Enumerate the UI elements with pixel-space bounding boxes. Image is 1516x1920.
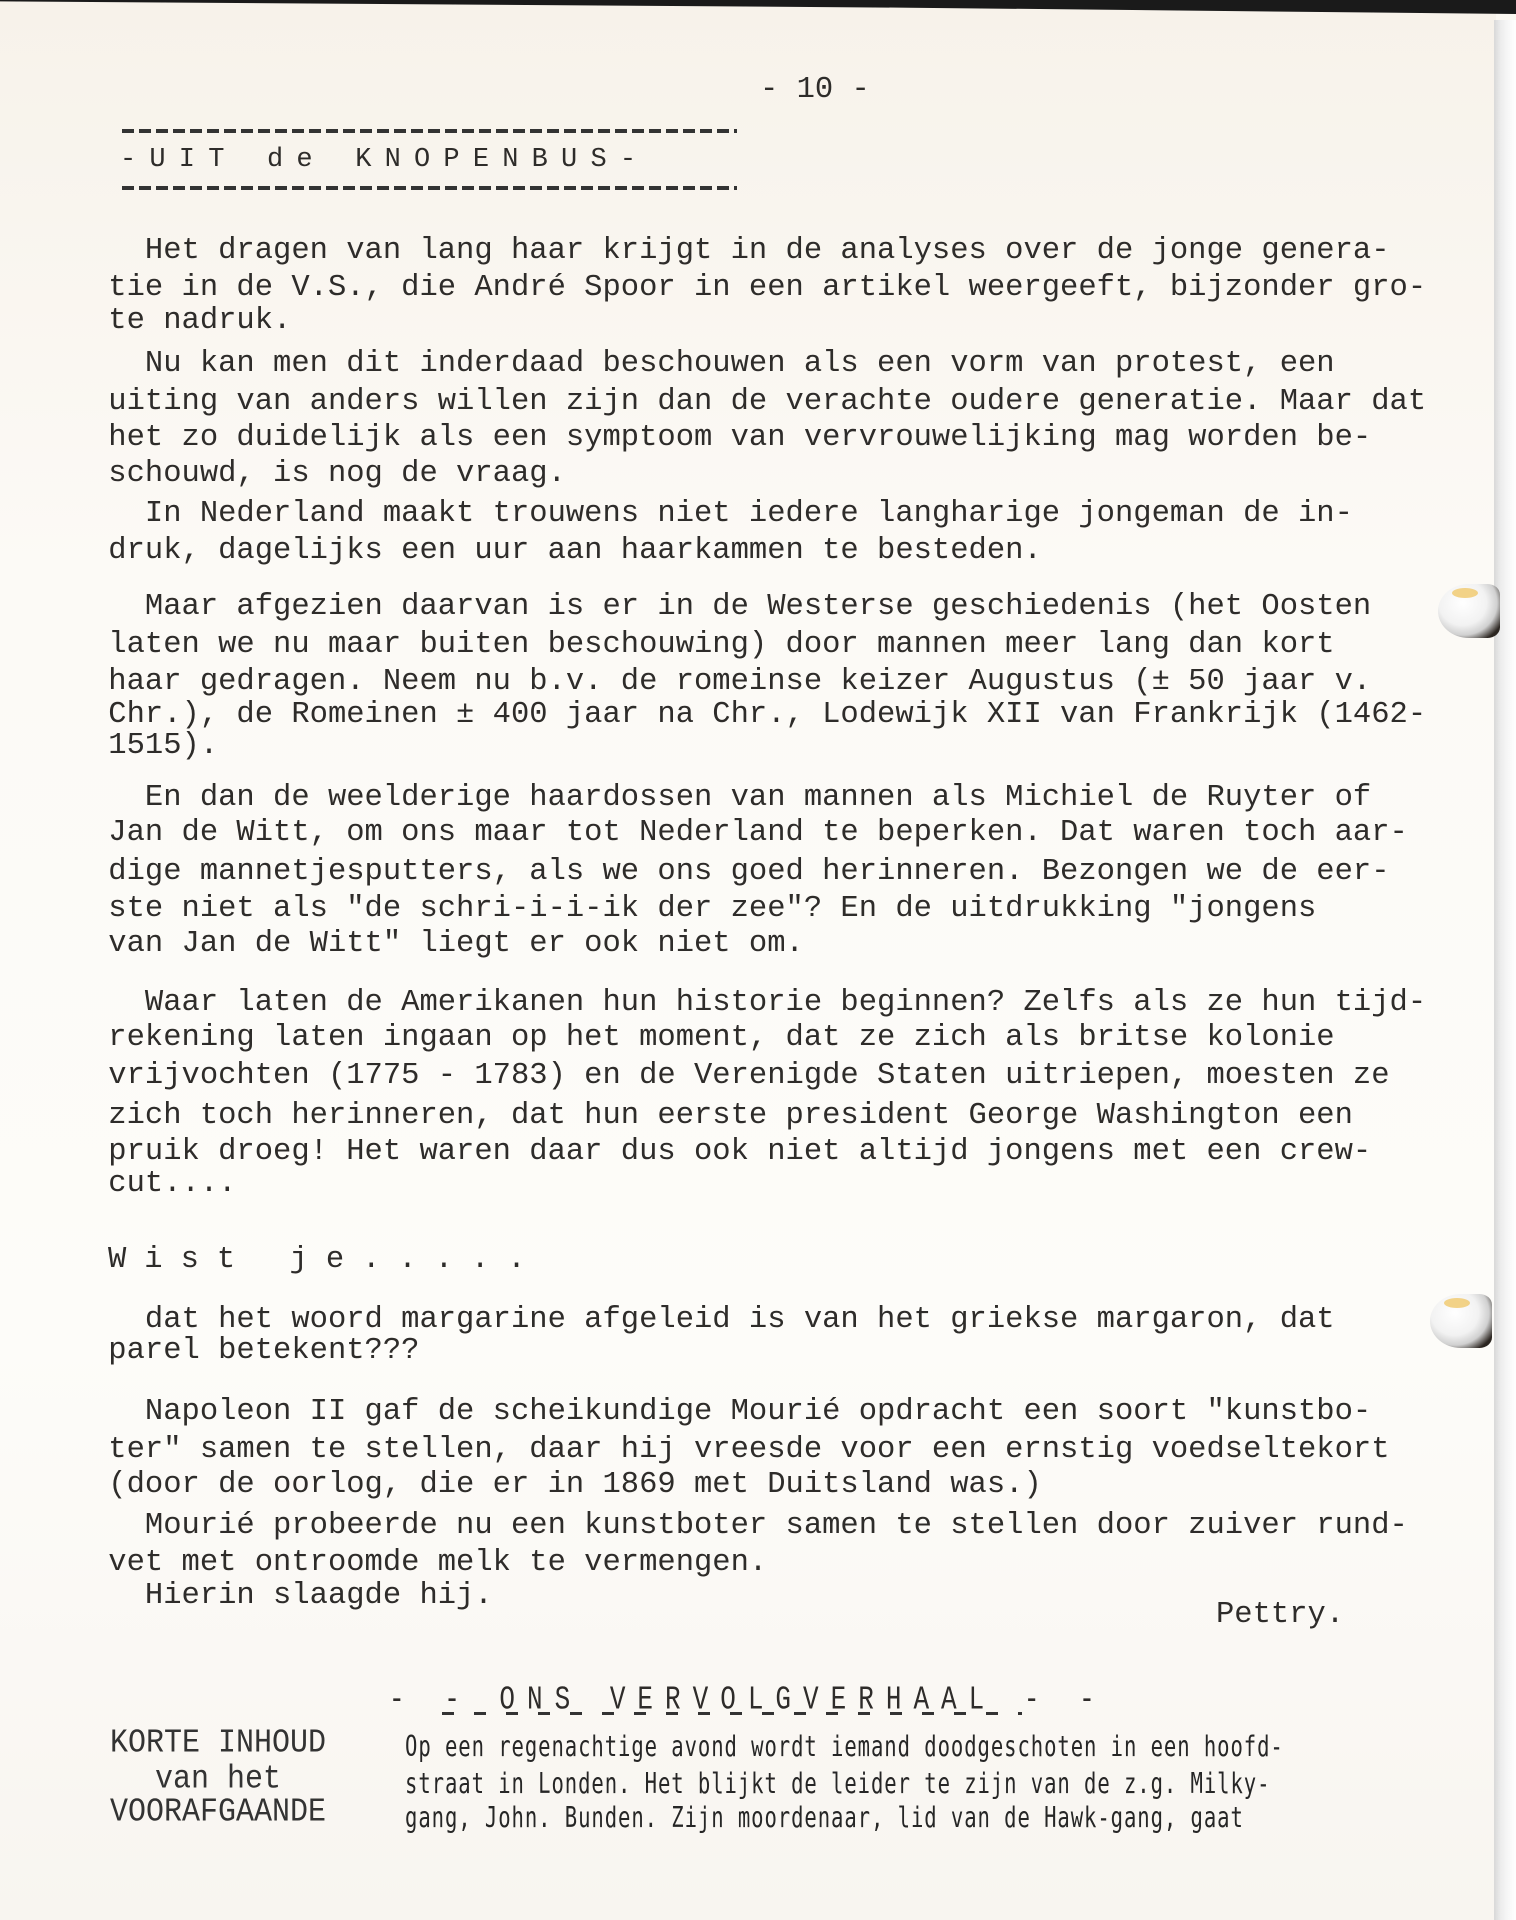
title-underline (442, 1712, 1022, 1715)
section1-p3-line: druk, dagelijks een uur aan haarkammen t… (90, 533, 1042, 569)
section2-p2-line: Napoleon II gaf de scheikundige Mourié o… (90, 1394, 1371, 1430)
section1-p4-line: Maar afgezien daarvan is er in de Wester… (90, 589, 1371, 625)
section1-p6-line: rekening laten ingaan op het moment, dat… (90, 1020, 1335, 1056)
summary-text-line: gang, John. Bunden. Zijn moordenaar, lid… (405, 1797, 1244, 1838)
section1-p2-line: het zo duidelijk als een symptoom van ve… (90, 420, 1371, 456)
section-title-wist-je: Wist je..... (108, 1242, 544, 1278)
section1-p5-line: Jan de Witt, om ons maar tot Nederland t… (90, 815, 1408, 851)
signature: Pettry. (1216, 1597, 1344, 1633)
page-right-edge (1494, 20, 1516, 1920)
title-text: UIT de KNOPENBUS (149, 145, 619, 175)
section1-p4-line: 1515). (90, 728, 218, 764)
section1-p6-line: pruik droeg! Het waren daar dus ook niet… (90, 1134, 1371, 1170)
summary-text-line: Op een regenachtige avond wordt iemand d… (405, 1726, 1284, 1767)
section1-p1-line: Het dragen van lang haar krijgt in de an… (90, 233, 1390, 269)
section1-p6-line: vrijvochten (1775 - 1783) en de Verenigd… (90, 1058, 1390, 1094)
title-rule-top (122, 129, 737, 133)
section-title-vervolgverhaal: - - ONS VERVOLGVERHAAL - - (389, 1676, 1107, 1723)
binder-hole-bottom (1430, 1294, 1492, 1348)
section1-p5-line: ste niet als "de schri-i-i-ik der zee"? … (90, 891, 1316, 927)
section1-p6-line: Waar laten de Amerikanen hun historie be… (90, 985, 1426, 1021)
section2-p1-line: parel betekent??? (90, 1333, 419, 1369)
section1-p2-line: uiting van anders willen zijn dan de ver… (90, 384, 1426, 420)
section1-p1-line: te nadruk. (90, 303, 291, 339)
section1-p5-line: dige mannetjesputters, als we ons goed h… (90, 854, 1390, 890)
section2-p2-line: ter" samen te stellen, daar hij vreesde … (90, 1432, 1390, 1468)
section2-p2-line: Mourié probeerde nu een kunstboter samen… (90, 1508, 1408, 1544)
section2-p2-line: vet met ontroomde melk te vermengen. (90, 1545, 767, 1581)
section1-p5-line: van Jan de Witt" liegt er ook niet om. (90, 926, 804, 962)
title-dash-left: - (120, 145, 149, 175)
title-rule-bottom (122, 186, 737, 190)
section1-p6-line: cut.... (90, 1166, 236, 1202)
section2-p2-line: (door de oorlog, die er in 1869 met Duit… (90, 1467, 1042, 1503)
section1-p6-line: zich toch herinneren, dat hun eerste pre… (90, 1098, 1353, 1134)
section1-p2-line: Nu kan men dit inderdaad beschouwen als … (90, 346, 1335, 382)
section1-p1-line: tie in de V.S., die André Spoor in een a… (90, 270, 1426, 306)
summary-label-line: VOORAFGAANDE (102, 1793, 334, 1833)
binder-hole-top (1438, 584, 1500, 638)
section-title-knopenbus: -UIT de KNOPENBUS- (120, 142, 649, 178)
section1-p4-line: laten we nu maar buiten beschouwing) doo… (90, 627, 1335, 663)
section1-p3-line: In Nederland maakt trouwens niet iedere … (90, 496, 1353, 532)
section2-p2-line: Hierin slaagde hij. (90, 1578, 493, 1614)
title-dash-right: - (620, 145, 649, 175)
page-number: - 10 - (760, 72, 870, 108)
summary-label-line: KORTE INHOUD (102, 1724, 334, 1764)
section1-p5-line: En dan de weelderige haardossen van mann… (90, 780, 1371, 816)
section1-p2-line: schouwd, is nog de vraag. (90, 456, 566, 492)
section1-p4-line: Chr.), de Romeinen ± 400 jaar na Chr., L… (90, 697, 1426, 733)
section1-p4-line: haar gedragen. Neem nu b.v. de romeinse … (90, 664, 1371, 700)
